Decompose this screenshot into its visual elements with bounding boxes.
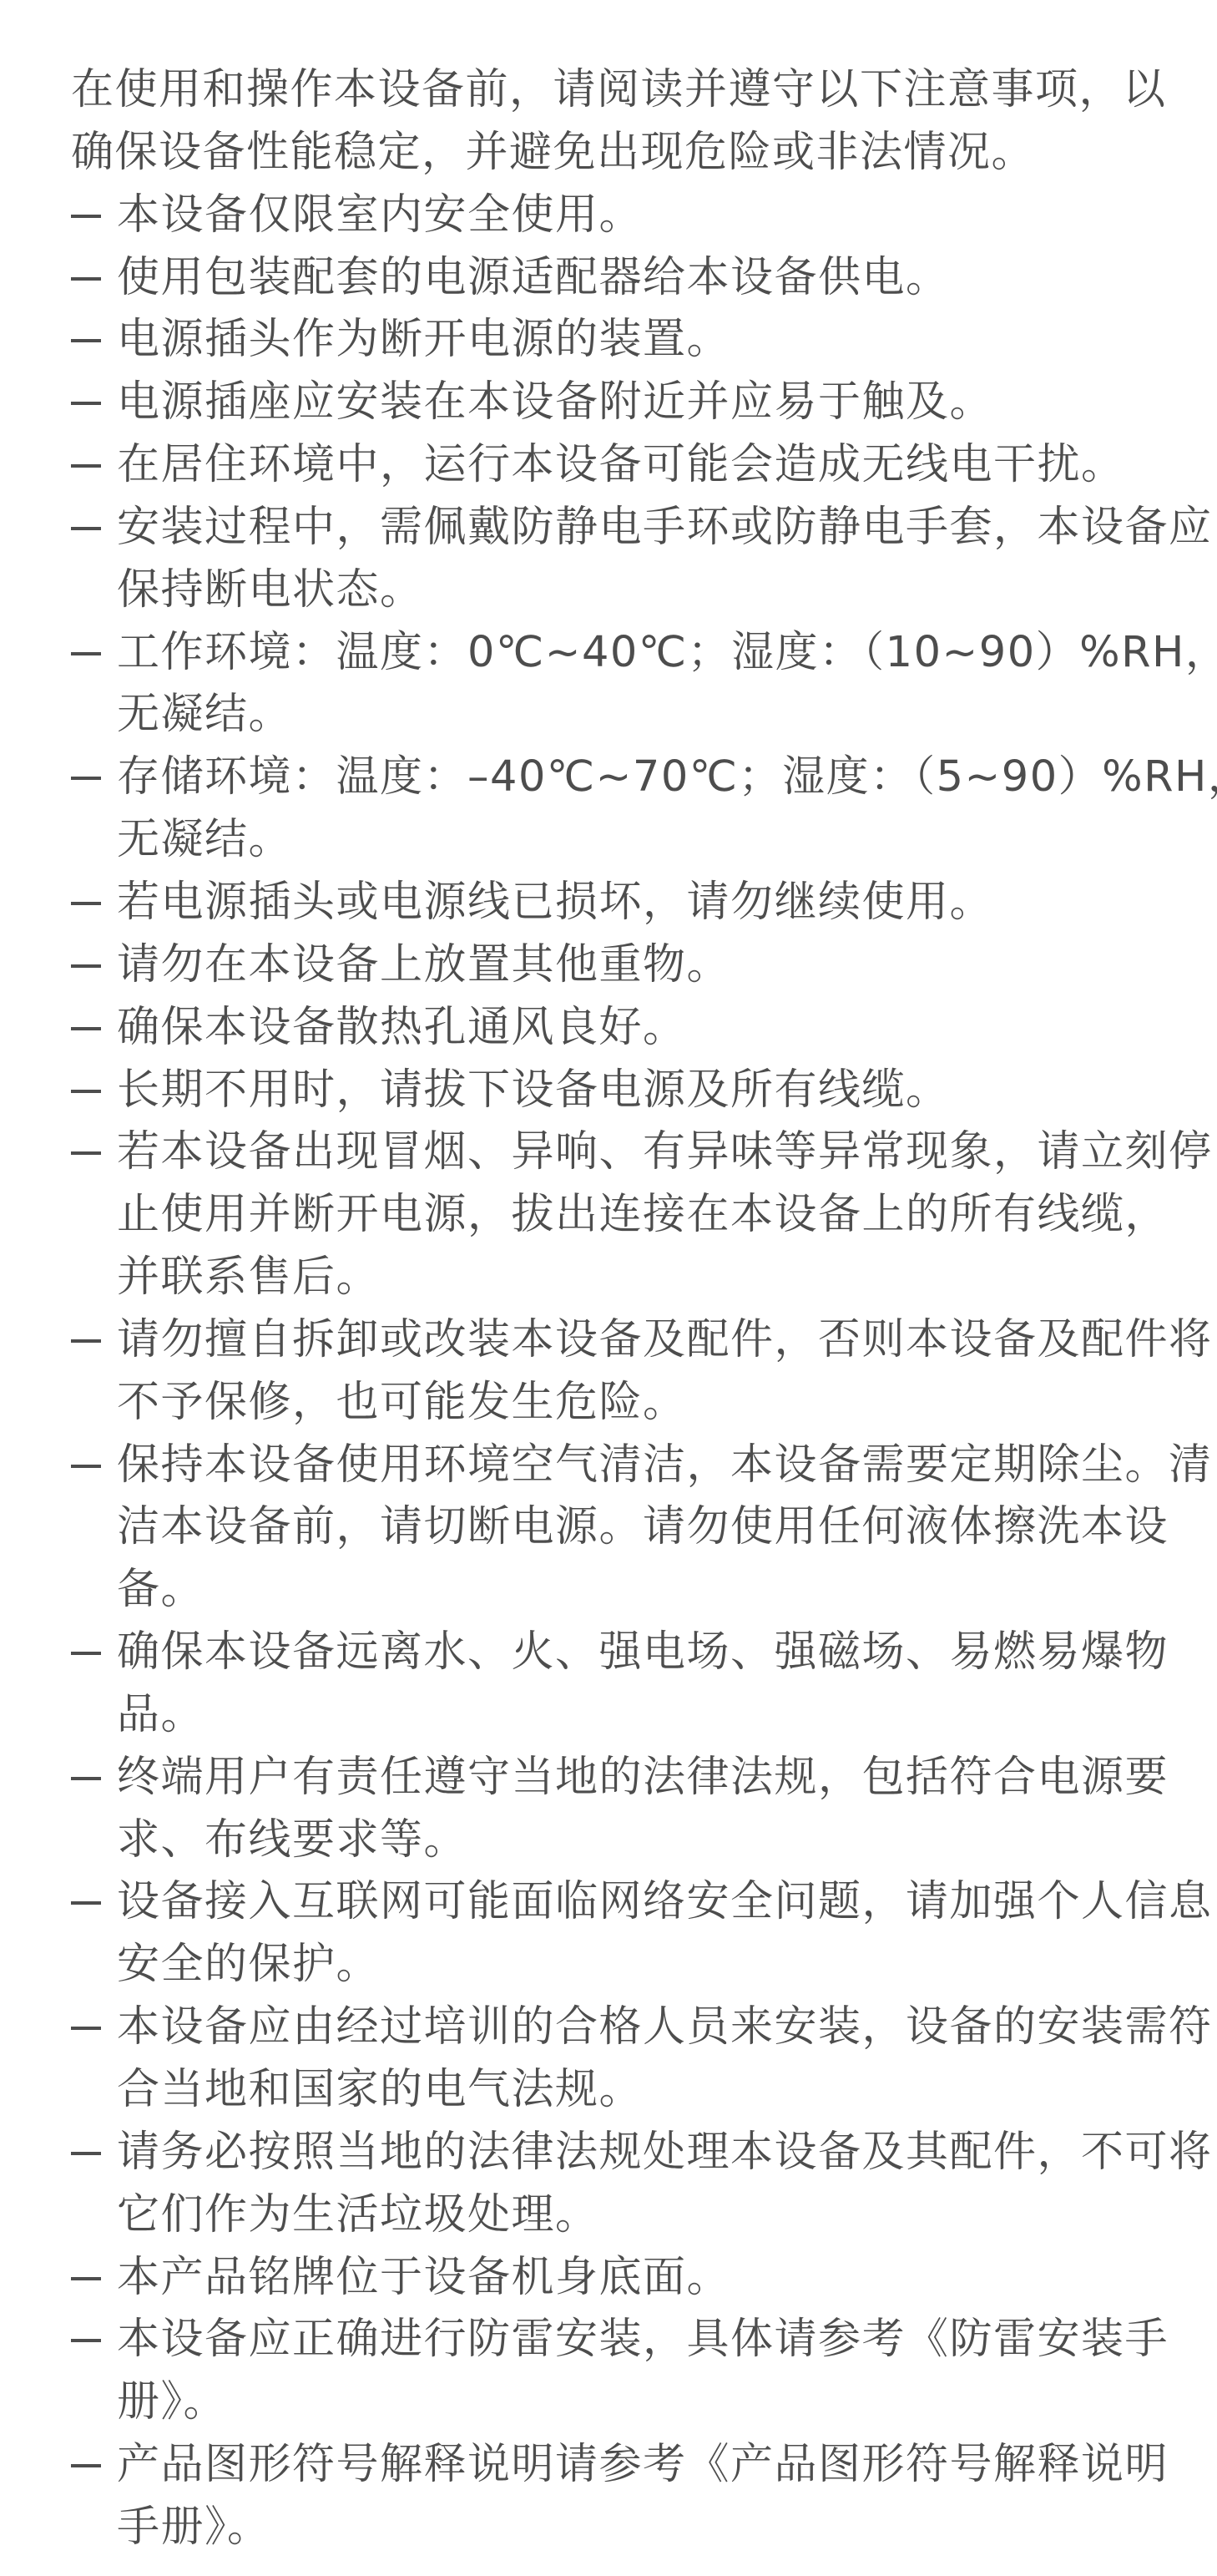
precaution-text-line: 册》。	[117, 2371, 1156, 2434]
dash-icon	[71, 277, 101, 281]
precaution-text-line: 电源插座应安装在本设备附近并应易于触及。	[117, 372, 1156, 434]
precaution-item: 本产品铭牌位于设备机身底面。	[71, 2247, 1156, 2310]
precaution-text-line: 设备接入互联网可能面临网络安全问题，请加强个人信息	[117, 1871, 1156, 1934]
precaution-text-line: 电源插头作为断开电源的装置。	[117, 309, 1156, 372]
precaution-text-line: 本设备应正确进行防雷安装，具体请参考《防雷安装手	[117, 2309, 1156, 2371]
precaution-text-line: 它们作为生活垃圾处理。	[117, 2184, 1156, 2247]
precaution-item: 若电源插头或电源线已损坏，请勿继续使用。	[71, 872, 1156, 934]
dash-icon	[71, 2277, 101, 2280]
precaution-text-line: 产品图形符号解释说明请参考《产品图形符号解释说明	[117, 2434, 1156, 2497]
precaution-text-line: 若电源插头或电源线已损坏，请勿继续使用。	[117, 872, 1156, 934]
precaution-text-line: 安全的保护。	[117, 1934, 1156, 1997]
precaution-item: 在居住环境中，运行本设备可能会造成无线电干扰。	[71, 434, 1156, 497]
precaution-item: 若本设备出现冒烟、异响、有异味等异常现象，请立刻停止使用并断开电源，拔出连接在本…	[71, 1121, 1156, 1309]
precaution-text-line: 存储环境：温度：–40℃~70℃；湿度：（5~90）%RH，	[117, 746, 1156, 809]
precaution-item: 使用包装配套的电源适配器给本设备供电。	[71, 247, 1156, 310]
precaution-text-line: 安装过程中，需佩戴防静电手环或防静电手套，本设备应	[117, 497, 1156, 559]
precaution-text-line: 终端用户有责任遵守当地的法律法规，包括符合电源要	[117, 1747, 1156, 1809]
precaution-item: 电源插头作为断开电源的装置。	[71, 309, 1156, 372]
dash-icon	[71, 339, 101, 342]
precaution-item: 保持本设备使用环境空气清洁，本设备需要定期除尘。清洁本设备前，请切断电源。请勿使…	[71, 1435, 1156, 1622]
dash-icon	[71, 527, 101, 530]
dash-icon	[71, 1465, 101, 1468]
intro-paragraph: 在使用和操作本设备前，请阅读并遵守以下注意事项，以 确保设备性能稳定，并避免出现…	[71, 59, 1156, 185]
precaution-text-line: 本产品铭牌位于设备机身底面。	[117, 2247, 1156, 2310]
precaution-list: 本设备仅限室内安全使用。使用包装配套的电源适配器给本设备供电。电源插头作为断开电…	[71, 185, 1156, 2559]
precaution-text-line: 无凝结。	[117, 684, 1156, 746]
precaution-item: 终端用户有责任遵守当地的法律法规，包括符合电源要求、布线要求等。	[71, 1747, 1156, 1872]
precaution-item: 确保本设备散热孔通风良好。	[71, 997, 1156, 1060]
precaution-text-line: 备。	[117, 1559, 1156, 1622]
precaution-item: 工作环境：温度：0℃~40℃；湿度：（10~90）%RH，无凝结。	[71, 622, 1156, 747]
intro-line: 确保设备性能稳定，并避免出现危险或非法情况。	[71, 122, 1156, 185]
precaution-text-line: 止使用并断开电源，拔出连接在本设备上的所有线缆，	[117, 1184, 1156, 1247]
precaution-text-line: 长期不用时，请拔下设备电源及所有线缆。	[117, 1060, 1156, 1122]
dash-icon	[71, 652, 101, 655]
precaution-text-line: 并联系售后。	[117, 1247, 1156, 1309]
dash-icon	[71, 964, 101, 968]
dash-icon	[71, 2027, 101, 2030]
precaution-text-line: 请勿擅自拆卸或改装本设备及配件，否则本设备及配件将	[117, 1309, 1156, 1372]
precaution-text-line: 合当地和国家的电气法规。	[117, 2059, 1156, 2122]
dash-icon	[71, 464, 101, 468]
dash-icon	[71, 2339, 101, 2342]
precaution-item: 电源插座应安装在本设备附近并应易于触及。	[71, 372, 1156, 434]
precaution-item: 本设备应由经过培训的合格人员来安装，设备的安装需符合当地和国家的电气法规。	[71, 1997, 1156, 2122]
precaution-text-line: 保持本设备使用环境空气清洁，本设备需要定期除尘。清	[117, 1435, 1156, 1497]
dash-icon	[71, 1090, 101, 1093]
dash-icon	[71, 902, 101, 905]
precaution-text-line: 确保本设备散热孔通风良好。	[117, 997, 1156, 1060]
dash-icon	[71, 1027, 101, 1030]
precaution-text-line: 本设备仅限室内安全使用。	[117, 185, 1156, 247]
precaution-item: 长期不用时，请拔下设备电源及所有线缆。	[71, 1060, 1156, 1122]
precaution-text-line: 使用包装配套的电源适配器给本设备供电。	[117, 247, 1156, 310]
precaution-item: 设备接入互联网可能面临网络安全问题，请加强个人信息安全的保护。	[71, 1871, 1156, 1997]
precaution-item: 本设备仅限室内安全使用。	[71, 185, 1156, 247]
precaution-item: 请勿擅自拆卸或改装本设备及配件，否则本设备及配件将不予保修，也可能发生危险。	[71, 1309, 1156, 1435]
precaution-item: 请勿在本设备上放置其他重物。	[71, 934, 1156, 997]
precaution-text-line: 本设备应由经过培训的合格人员来安装，设备的安装需符	[117, 1997, 1156, 2059]
precaution-text-line: 保持断电状态。	[117, 559, 1156, 622]
dash-icon	[71, 1652, 101, 1655]
precaution-text-line: 请务必按照当地的法律法规处理本设备及其配件，不可将	[117, 2122, 1156, 2184]
dash-icon	[71, 2464, 101, 2467]
precaution-item: 安装过程中，需佩戴防静电手环或防静电手套，本设备应保持断电状态。	[71, 497, 1156, 622]
dash-icon	[71, 402, 101, 405]
dash-icon	[71, 2152, 101, 2155]
precaution-item: 请务必按照当地的法律法规处理本设备及其配件，不可将它们作为生活垃圾处理。	[71, 2122, 1156, 2247]
precaution-text-line: 在居住环境中，运行本设备可能会造成无线电干扰。	[117, 434, 1156, 497]
precaution-text-line: 品。	[117, 1684, 1156, 1747]
precaution-text-line: 求、布线要求等。	[117, 1809, 1156, 1872]
precaution-text-line: 不予保修，也可能发生危险。	[117, 1372, 1156, 1435]
dash-icon	[71, 777, 101, 780]
precaution-text-line: 工作环境：温度：0℃~40℃；湿度：（10~90）%RH，	[117, 622, 1156, 685]
intro-line: 在使用和操作本设备前，请阅读并遵守以下注意事项，以	[71, 59, 1156, 122]
precaution-text-line: 若本设备出现冒烟、异响、有异味等异常现象，请立刻停	[117, 1121, 1156, 1184]
precaution-item: 确保本设备远离水、火、强电场、强磁场、易燃易爆物品。	[71, 1622, 1156, 1747]
dash-icon	[71, 1339, 101, 1343]
dash-icon	[71, 1777, 101, 1780]
precaution-text-line: 手册》。	[117, 2497, 1156, 2559]
precaution-text-line: 无凝结。	[117, 809, 1156, 872]
precaution-item: 本设备应正确进行防雷安装，具体请参考《防雷安装手册》。	[71, 2309, 1156, 2434]
dash-icon	[71, 1901, 101, 1905]
precaution-text-line: 确保本设备远离水、火、强电场、强磁场、易燃易爆物	[117, 1622, 1156, 1684]
dash-icon	[71, 215, 101, 218]
precaution-text-line: 请勿在本设备上放置其他重物。	[117, 934, 1156, 997]
dash-icon	[71, 1151, 101, 1155]
precaution-item: 产品图形符号解释说明请参考《产品图形符号解释说明手册》。	[71, 2434, 1156, 2559]
safety-notice: 在使用和操作本设备前，请阅读并遵守以下注意事项，以 确保设备性能稳定，并避免出现…	[71, 59, 1156, 2559]
precaution-text-line: 洁本设备前，请切断电源。请勿使用任何液体擦洗本设	[117, 1496, 1156, 1559]
precaution-item: 存储环境：温度：–40℃~70℃；湿度：（5~90）%RH，无凝结。	[71, 746, 1156, 872]
